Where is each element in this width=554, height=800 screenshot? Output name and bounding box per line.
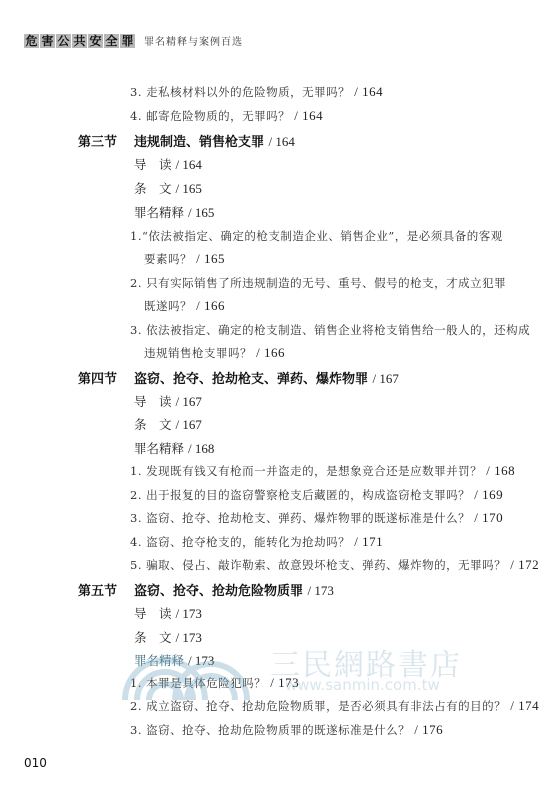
toc-subentry[interactable]: 罪名精释 / 165 [134, 203, 214, 221]
toc-item-text: 3. 走私核材料以外的危险物质，无罪吗？ [130, 85, 350, 99]
book-subtitle: 罪名精释与案例百选 [144, 33, 243, 48]
title-char: 公 [56, 34, 71, 48]
toc-subentry[interactable]: 导 读 / 173 [134, 604, 202, 622]
toc-subentry[interactable]: 导 读 / 164 [134, 155, 202, 173]
title-char: 共 [72, 34, 87, 48]
toc-subentry[interactable]: 罪名精释 / 173 [134, 651, 214, 669]
toc-item[interactable]: 2. 只有实际销售了所违规制造的无号、重号、假号的枪支，才成立犯罪 [130, 275, 506, 291]
title-char: 安 [88, 34, 103, 48]
toc-item[interactable]: 4. 邮寄危险物质的，无罪吗？ / 164 [130, 108, 323, 124]
section-label: 第四节 [78, 368, 117, 387]
title-char: 危 [24, 34, 39, 48]
toc-subentry[interactable]: 罪名精释 / 168 [134, 439, 214, 457]
toc-item-continued[interactable]: 既遂吗？ / 166 [144, 298, 225, 314]
section-title: 违规制造、销售枪支罪 / 164 [134, 131, 295, 150]
toc-subentry[interactable]: 条 文 / 173 [134, 628, 202, 646]
toc-item-page: / 164 [294, 108, 323, 123]
section-page: / 164 [269, 134, 295, 149]
section-page: / 173 [308, 583, 334, 598]
toc-item[interactable]: 1.“依法被指定、确定的枪支制造企业、销售企业”，是必须具备的客观 [130, 228, 503, 244]
toc-item[interactable]: 3. 盗窃、抢夺、抢劫危险物质罪的既遂标准是什么？ / 176 [130, 722, 443, 738]
watermark: 三民網路書店 www.sanmin.com.tw [120, 640, 540, 700]
toc-subentry[interactable]: 导 读 / 167 [134, 392, 202, 410]
section-label: 第三节 [78, 131, 117, 150]
watermark-logo-icon [120, 640, 250, 700]
toc-item-continued[interactable]: 要素吗？ / 165 [144, 251, 225, 267]
title-char: 罪 [120, 34, 135, 48]
book-title: 危 害 公 共 安 全 罪 [24, 34, 136, 48]
toc-item-text: 4. 邮寄危险物质的，无罪吗？ [130, 109, 290, 123]
toc-item[interactable]: 1. 本罪是具体危险犯吗？ / 173 [130, 675, 299, 691]
running-header: 危 害 公 共 安 全 罪 罪名精释与案例百选 [24, 33, 243, 48]
toc-item[interactable]: 2. 出于报复的目的盗窃警察枪支后藏匿的，构成盗窃枪支罪吗？ / 169 [130, 487, 503, 503]
page-number: 010 [24, 756, 47, 770]
toc-subentry[interactable]: 条 文 / 165 [134, 179, 202, 197]
toc-item[interactable]: 4. 盗窃、抢夺枪支的，能转化为抢劫吗？ / 171 [130, 534, 383, 550]
watermark-url: www.sanmin.com.tw [285, 676, 440, 694]
section-title: 盗窃、抢夺、抢劫枪支、弹药、爆炸物罪 / 167 [134, 368, 399, 387]
toc-item-page: / 164 [354, 84, 383, 99]
toc-item[interactable]: 5. 骗取、侵占、敲诈勒索、故意毁坏枪支、弹药、爆炸物的，无罪吗？ / 172 [130, 557, 539, 573]
section-page: / 167 [373, 371, 399, 386]
toc-item[interactable]: 3. 走私核材料以外的危险物质，无罪吗？ / 164 [130, 84, 383, 100]
section-title: 盗窃、抢夺、抢劫危险物质罪 / 173 [134, 580, 334, 599]
toc-item-continued[interactable]: 违规销售枪支罪吗？ / 166 [144, 345, 285, 361]
title-char: 全 [104, 34, 119, 48]
toc-item[interactable]: 3. 依法被指定、确定的枪支制造、销售企业将枪支销售给一般人的，还构成 [130, 322, 530, 338]
toc-item[interactable]: 2. 成立盗窃、抢夺、抢劫危险物质罪，是否必须具有非法占有的目的？ / 174 [130, 698, 539, 714]
toc-subentry[interactable]: 条 文 / 167 [134, 415, 202, 433]
title-char: 害 [40, 34, 55, 48]
toc-item[interactable]: 3. 盗窃、抢夺、抢劫枪支、弹药、爆炸物罪的既遂标准是什么？ / 170 [130, 510, 503, 526]
section-label: 第五节 [78, 580, 117, 599]
toc-item[interactable]: 1. 发现既有钱又有枪而一并盗走的，是想象竞合还是应数罪并罚？ / 168 [130, 463, 515, 479]
